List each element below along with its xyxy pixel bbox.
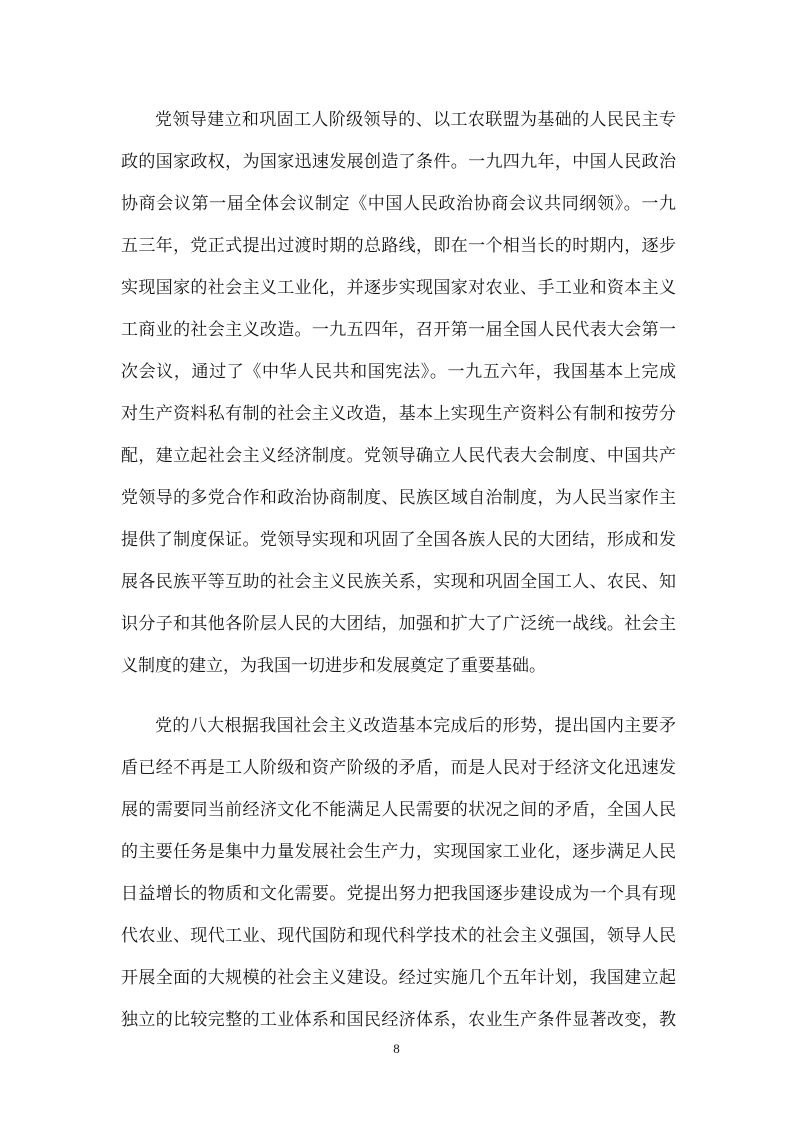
text-line: 党领导的多党合作和政治协商制度、民族区域自治制度，为人民当家作主 [121,477,676,519]
text-line: 展各民族平等互助的社会主义民族关系，实现和巩固全国工人、农民、知 [121,561,676,603]
text-line: 协商会议第一届全体会议制定《中国人民政治协商会议共同纲领》。一九 [121,183,676,225]
text-block: 党领导建立和巩固工人阶级领导的、以工农联盟为基础的人民民主专 政的国家政权，为国… [121,99,676,1041]
text-line: 盾已经不再是工人阶级和资产阶级的矛盾，而是人民对于经济文化迅速发 [121,747,676,789]
text-line: 实现国家的社会主义工业化，并逐步实现国家对农业、手工业和资本主义 [121,267,676,309]
page-number: 8 [0,1041,793,1057]
text-line: 党的八大根据我国社会主义改造基本完成后的形势，提出国内主要矛 [121,705,676,747]
text-line: 党领导建立和巩固工人阶级领导的、以工农联盟为基础的人民民主专 [121,99,676,141]
paragraph-2: 党的八大根据我国社会主义改造基本完成后的形势，提出国内主要矛 盾已经不再是工人阶… [121,705,676,1041]
text-line: 提供了制度保证。党领导实现和巩固了全国各族人民的大团结，形成和发 [121,519,676,561]
text-line: 政的国家政权，为国家迅速发展创造了条件。一九四九年，中国人民政治 [121,141,676,183]
text-line: 义制度的建立，为我国一切进步和发展奠定了重要基础。 [121,645,676,687]
text-line: 开展全面的大规模的社会主义建设。经过实施几个五年计划，我国建立起 [121,957,676,999]
paragraph-1: 党领导建立和巩固工人阶级领导的、以工农联盟为基础的人民民主专 政的国家政权，为国… [121,99,676,687]
text-line: 代农业、现代工业、现代国防和现代科学技术的社会主义强国，领导人民 [121,915,676,957]
text-line: 日益增长的物质和文化需要。党提出努力把我国逐步建设成为一个具有现 [121,873,676,915]
text-line: 识分子和其他各阶层人民的大团结，加强和扩大了广泛统一战线。社会主 [121,603,676,645]
text-line: 配，建立起社会主义经济制度。党领导确立人民代表大会制度、中国共产 [121,435,676,477]
text-line: 工商业的社会主义改造。一九五四年，召开第一届全国人民代表大会第一 [121,309,676,351]
text-line: 五三年，党正式提出过渡时期的总路线，即在一个相当长的时期内，逐步 [121,225,676,267]
text-line: 对生产资料私有制的社会主义改造，基本上实现生产资料公有制和按劳分 [121,393,676,435]
text-line: 展的需要同当前经济文化不能满足人民需要的状况之间的矛盾，全国人民 [121,789,676,831]
text-line: 次会议，通过了《中华人民共和国宪法》。一九五六年，我国基本上完成 [121,351,676,393]
text-line: 的主要任务是集中力量发展社会生产力，实现国家工业化，逐步满足人民 [121,831,676,873]
document-page: 党领导建立和巩固工人阶级领导的、以工农联盟为基础的人民民主专 政的国家政权，为国… [0,0,793,1122]
text-line: 独立的比较完整的工业体系和国民经济体系，农业生产条件显著改变，教 [121,999,676,1041]
